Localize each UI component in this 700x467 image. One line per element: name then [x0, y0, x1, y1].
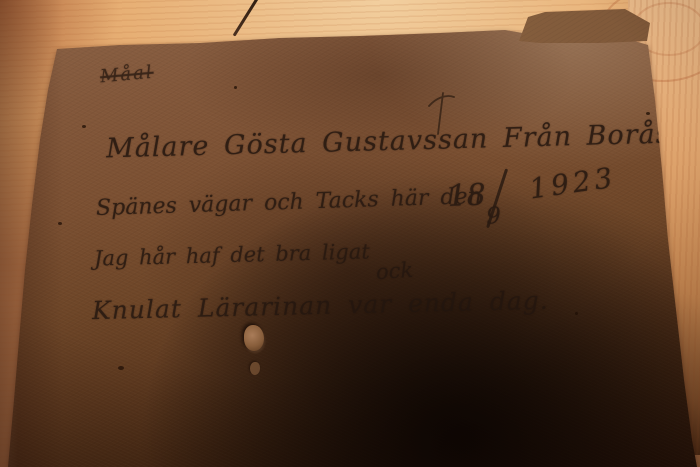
handwriting-line-3: Jag hår haf det bra ligat	[94, 239, 370, 270]
paper-speck	[118, 366, 124, 370]
handwriting-line-2: Spänes vägar och Tacks här den	[96, 184, 482, 221]
paper-speck	[58, 222, 62, 225]
handwriting-line-1: Målare Gösta Gustavssan Från Borås	[106, 119, 671, 165]
handwriting-line-3-end: ock	[375, 258, 414, 285]
date-day: 18	[447, 178, 486, 214]
handwriting-scribble: Måal	[99, 62, 154, 88]
date-month: 9	[486, 203, 502, 229]
handwritten-date: 18 9 1923	[447, 165, 620, 251]
paper-speck	[234, 86, 237, 89]
date-year: 1923	[527, 161, 618, 206]
paper-speck	[82, 125, 86, 128]
handwriting-line-4: Knulat Lärarinan var enda dag.	[92, 286, 549, 325]
paper-hole-small	[250, 362, 260, 375]
paper-speck	[646, 112, 650, 115]
paper-surface: Måal Målare Gösta Gustavssan Från Borås …	[0, 0, 700, 467]
paper-sheet: Måal Målare Gösta Gustavssan Från Borås …	[0, 0, 700, 467]
photo-of-handwritten-note: Måal Målare Gösta Gustavssan Från Borås …	[0, 0, 700, 467]
paper-speck	[575, 312, 578, 315]
paper-hole	[244, 325, 264, 351]
